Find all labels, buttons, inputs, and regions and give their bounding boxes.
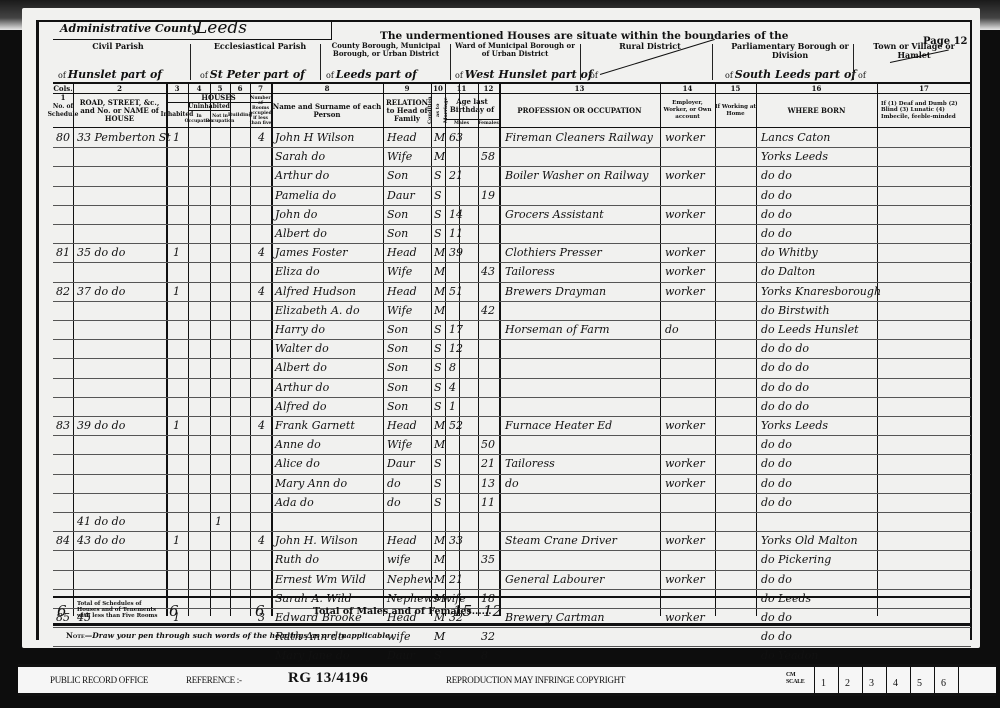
cell-born: Yorks Old Malton [761,532,858,549]
row-line [53,435,971,436]
cell-employment: worker [665,532,705,549]
cell-condition: S [434,340,442,357]
scale-mark: 4 [886,667,910,693]
cell-born: do do [761,436,792,453]
row-line [53,339,971,340]
area-civil-parish: Civil Parish ofHunslet part of [58,42,178,82]
cell-condition: M [434,244,445,261]
cell-condition: M [434,628,445,645]
row-line [53,397,971,398]
area-value: ofHunslet part of [58,70,162,80]
cell-female-age: 35 [481,551,495,568]
cell-male-age: 17 [449,321,463,338]
scale-label: CM SCALE [786,672,808,686]
header-divider [53,127,971,128]
col-number: 11 [445,84,478,94]
cell-relation: do [387,494,401,511]
col-number: 9 [383,84,431,94]
cell-female-age: 19 [481,187,495,204]
cell-male-age: 4 [449,379,456,396]
cell-occupation: do [505,475,519,492]
archive-reference-strip: PUBLIC RECORD OFFICE REFERENCE :- RG 13/… [18,664,996,696]
cell-born: do do [761,206,792,223]
cell-inhabited: 1 [173,417,180,434]
cell-schedule: 82 [56,283,70,300]
cell-name: Alfred Hudson [275,283,356,300]
header-occupation: PROFESSION OR OCCUPATION [499,94,660,127]
cell-female-age: 43 [481,263,495,280]
cell-relation: do [387,475,401,492]
header-infirmity: If (1) Deaf and Dumb (2) Blind (3) Lunat… [877,94,971,127]
col-line [271,84,273,616]
cell-employment: do [665,321,679,338]
col-number: 8 [271,84,383,94]
cell-condition: S [434,167,442,184]
col-line [715,84,716,616]
area-value: ofSouth Leeds part of [725,70,856,80]
cell-name: Eliza do [275,263,320,280]
col-line [478,84,479,616]
cell-rooms: 4 [258,129,265,146]
cell-born: do do [761,475,792,492]
col-line [660,84,661,616]
row-line [53,378,971,379]
cell-condition: M [434,283,445,300]
note-text: —Draw your pen through such words of the… [85,631,393,640]
reference-label: REFERENCE :- [186,675,242,685]
cell-born: Yorks Knaresborough [761,283,881,300]
header-uninhabited: Uninhabited [188,103,230,111]
scale-mark: 2 [838,667,862,693]
cell-condition: S [434,455,442,472]
cell-name: Ernest Wm Wild [275,571,366,588]
row-line [53,147,971,148]
col-number: 14 [660,84,715,94]
cell-employment: worker [665,417,705,434]
divider [712,44,713,80]
cell-male-age: 21 [449,167,463,184]
cell-name: James Foster [275,244,348,261]
divider [320,44,321,80]
area-value: of [858,70,868,80]
cell-inhabited: 1 [173,532,180,549]
cell-name: Arthur do [275,379,329,396]
cell-name: Mary Ann do [275,475,347,492]
col-line [877,84,878,616]
scale-mark: 6 [934,667,958,693]
cell-condition: S [434,206,442,223]
cell-occupation: Horseman of Farm [505,321,610,338]
cell-address: 41 do do [77,513,125,530]
cell-female-age: 42 [481,302,495,319]
scale-mark: 5 [910,667,934,693]
cell-male-age: 12 [449,340,463,357]
cell-condition: S [434,187,442,204]
total-females: 12 [483,598,502,624]
cell-born: do Leeds Hunslet [761,321,859,338]
col-line [166,84,168,616]
cell-rooms: 4 [258,417,265,434]
cell-female-age: 58 [481,148,495,165]
cell-born: do do [761,167,792,184]
cell-name: John H. Wilson [275,532,358,549]
header-name: Name and Surname of each Person [271,94,383,127]
cell-schedule: 81 [56,244,70,261]
census-table: Cols. 1 2 3 4 5 6 7 8 9 10 11 12 13 14 1… [53,82,971,614]
header-schedule: No. of Schedule [53,94,73,127]
area-value: ofSt Peter part of [200,70,305,80]
cell-condition: M [434,417,445,434]
cell-condition: M [434,532,445,549]
cell-relation: Daur [387,647,415,664]
cell-male-age: 8 [449,359,456,376]
cell-relation: Son [387,340,408,357]
cell-condition: S [434,379,442,396]
scale-mark: 1 [814,667,838,693]
cell-occupation: Boiler Washer on Railway [505,167,648,184]
cell-rooms: 4 [258,283,265,300]
cell-male-age: 1 [449,398,456,415]
admin-county-label: Administrative County [60,22,198,35]
col-number: 12 [478,84,499,94]
cell-relation: Wife [387,263,412,280]
cell-employment: worker [665,283,705,300]
cell-female-age: 8 [481,647,488,664]
cell-female-age: 50 [481,436,495,453]
cell-female-age: 21 [481,455,495,472]
cell-born: do Pickering [761,551,831,568]
cell-condition: S [434,359,442,376]
cell-address: 37 do do [77,283,125,300]
cell-condition: M [434,551,445,568]
cell-employment: worker [665,244,705,261]
cell-born: do do [761,494,792,511]
cell-relation: Head [387,532,417,549]
area-label: Ward of Municipal Borough or of Urban Di… [455,42,575,58]
cell-condition: S [434,475,442,492]
cell-employment: worker [665,455,705,472]
area-value: ofWest Hunslet part of [455,70,593,80]
header-working-home: If Working at Home [715,94,756,127]
cell-condition: M [434,129,445,146]
area-parliamentary-borough: Parliamentary Borough or Division ofSout… [725,42,855,82]
cell-male-age: 51 [449,283,463,300]
cell-condition: S [434,494,442,511]
cell-condition: M [434,302,445,319]
cell-name: Walter do [275,340,329,357]
cell-employment: worker [665,129,705,146]
col-number: 7 [250,84,271,94]
cell-name: Harry do [275,321,325,338]
col-line [73,84,74,616]
cell-name: Elizabeth A. do [275,302,360,319]
cell-male-age: 14 [449,206,463,223]
col-line [499,84,501,616]
cell-born: do do [761,187,792,204]
cell-relation: Son [387,359,408,376]
cell-employment: worker [665,167,705,184]
row-line [53,627,971,628]
cell-born: Lancs Caton [761,129,830,146]
col-number: 13 [499,84,660,94]
total-males: 15 [453,598,472,624]
cell-name: John H Wilson [275,129,354,146]
totals-row: 6 Total of Schedules of Houses and of Te… [53,596,971,626]
col-line [188,84,189,616]
cell-inhabited: 1 [173,283,180,300]
cell-schedule: 83 [56,417,70,434]
cell-employment: worker [665,571,705,588]
cell-name: Sarah do [275,148,325,165]
cell-name: John do [275,206,317,223]
area-ward: Ward of Municipal Borough or of Urban Di… [455,42,575,82]
cell-relation: Head [387,129,417,146]
cell-uninhabited: 1 [215,513,222,530]
cell-born: do do [761,225,792,242]
cell-schedule: 80 [56,129,70,146]
cell-condition: M [434,263,445,280]
intro-text: The undermentioned Houses are situate wi… [380,30,788,42]
divider [580,44,581,80]
cell-schedule: 84 [56,532,70,549]
header-rooms: Number of Rooms occupied if less than fi… [250,94,271,127]
col-number: 17 [877,84,971,94]
cell-born: do do do [761,398,809,415]
cell-born: do do do [761,359,809,376]
header-building: Building [230,103,250,127]
cell-condition: S [434,647,442,664]
row-line [53,646,971,647]
divider [853,44,854,80]
cell-name: Alfred do [275,398,327,415]
cell-female-age: 11 [481,494,495,511]
cell-male-age: 52 [449,417,463,434]
cell-occupation: Clothiers Presser [505,244,602,261]
col-number: 10 [431,84,445,94]
header-relation: RELATION to Head of Family [383,94,431,127]
row-line [53,358,971,359]
cell-condition: S [434,398,442,415]
area-label: Ecclesiastical Parish [200,42,320,51]
total-schedules: 6 [57,598,67,624]
admin-county-value: Leeds [196,18,247,38]
col-number: 15 [715,84,756,94]
cell-born: do do [761,628,792,645]
cell-born: Yorks Leeds [761,417,828,434]
area-value: of [590,70,600,80]
cell-born: do Yeadon [761,647,818,664]
cell-address: 43 do do [77,532,125,549]
row-line [53,589,971,590]
cell-rooms: 4 [258,532,265,549]
cell-relation: Son [387,167,408,184]
cell-occupation: Tailoress [505,455,555,472]
header-where-born: WHERE BORN [756,94,877,127]
row-line [53,186,971,187]
divider [450,44,451,80]
cell-name: Ruth do [275,551,319,568]
cell-born: do do do [761,379,809,396]
cell-born: do Dalton [761,263,815,280]
cell-address: 39 do do [77,417,125,434]
cell-born: do Birstwith [761,302,830,319]
area-rural-district: Rural District of [590,42,710,82]
note-lead: Note [66,631,85,640]
col-line [230,84,231,616]
col-line [756,84,757,616]
col-line [383,84,384,616]
cell-address: 35 do do [77,244,125,261]
cell-address: 33 Pemberton St [77,129,171,146]
cell-name: Anne do [275,436,321,453]
cell-occupation: Grocers Assistant [505,206,604,223]
header-condition: Condition as to Marriage [431,94,445,127]
cell-occupation: Tailoress [505,263,555,280]
cell-name: Ada do [275,494,314,511]
scale-mark [958,667,982,693]
header-road: ROAD, STREET, &c., and No. or NAME of HO… [73,94,166,127]
cell-relation: Son [387,379,408,396]
cell-condition: M [434,148,445,165]
cell-relation: Son [387,321,408,338]
cell-relation: Wife [387,436,412,453]
cell-condition: S [434,321,442,338]
cell-relation: Head [387,244,417,261]
archive-office: PUBLIC RECORD OFFICE [50,675,148,685]
cell-name: Albert do [275,225,327,242]
cell-occupation: Brewers Drayman [505,283,606,300]
area-ecclesiastical-parish: Ecclesiastical Parish ofSt Peter part of [200,42,320,82]
cell-relation: Head [387,283,417,300]
col-number: 2 [73,84,166,94]
cell-male-age: 11 [449,225,463,242]
cell-male-age: 63 [449,129,463,146]
cell-relation: wife [387,551,411,568]
cell-name: Alice do [275,455,320,472]
col-number: 3 [166,84,188,94]
col-line [431,84,432,616]
cell-inhabited: 1 [173,129,180,146]
col-line [210,84,211,616]
cell-condition: S [434,225,442,242]
header-females: Females [478,119,499,127]
cell-employment: worker [665,475,705,492]
cell-rooms: 4 [258,244,265,261]
cell-relation: Wife [387,302,412,319]
row-line [53,224,971,225]
area-label: Parliamentary Borough or Division [725,42,855,60]
cell-occupation: General Labourer [505,571,604,588]
copyright-notice: REPRODUCTION MAY INFRINGE COPYRIGHT [446,675,625,685]
row-line [53,550,971,551]
cell-male-age: 33 [449,532,463,549]
cell-relation: Daur [387,187,415,204]
cell-born: do do [761,455,792,472]
divider [190,44,191,80]
cell-name: Mary Jane do [275,647,350,664]
area-label: Civil Parish [58,42,178,51]
header-males: Males [445,119,478,127]
header-employer: Employer, Worker, or Own account [660,94,715,127]
area-county-borough: County Borough, Municipal Borough, or Ur… [326,42,446,82]
scale-mark: 3 [862,667,886,693]
cell-relation: Daur [387,455,415,472]
cell-name: Albert do [275,359,327,376]
cell-born: do Whitby [761,244,818,261]
col-number: Cols. 1 [53,84,73,94]
cell-condition: M [434,571,445,588]
area-town-village: Town or Village or Hamlet of [858,42,970,82]
cell-name: Pamelia do [275,187,336,204]
cell-inhabited: 1 [173,244,180,261]
total-schedules-label: Total of Schedules of Houses and of Tene… [77,601,165,619]
cell-employment: worker [665,263,705,280]
cell-relation: Nephew [387,571,433,588]
cell-employment: worker [665,206,705,223]
cell-relation: Son [387,225,408,242]
row-line [53,493,971,494]
cell-born: do do do [761,340,809,357]
col-line [250,84,251,616]
cell-relation: Wife [387,148,412,165]
row-line [53,301,971,302]
cell-relation: Head [387,417,417,434]
row-line [53,512,971,513]
cell-name: Arthur do [275,167,329,184]
cell-female-age: 13 [481,475,495,492]
cell-relation: Son [387,206,408,223]
cell-female-age: 32 [481,628,495,645]
col-number: 16 [756,84,877,94]
total-rooms: 6 [255,598,265,624]
area-label: County Borough, Municipal Borough, or Ur… [326,42,446,58]
total-inhabited: 6 [169,598,179,624]
area-value: ofLeeds part of [326,70,417,80]
cell-occupation: Furnace Heater Ed [505,417,612,434]
cell-occupation: Fireman Cleaners Railway [505,129,653,146]
cell-occupation: Steam Crane Driver [505,532,617,549]
header-age: Age last Birthday of [445,94,499,118]
instruction-note: Note—Draw your pen through such words of… [66,631,393,640]
cell-born: do do [761,571,792,588]
cell-relation: Son [387,398,408,415]
cell-male-age: 21 [449,571,463,588]
cell-born: Yorks Leeds [761,148,828,165]
cell-male-age: 39 [449,244,463,261]
reference-number: RG 13/4196 [288,670,368,687]
cell-name: Frank Garnett [275,417,355,434]
cell-condition: M [434,436,445,453]
